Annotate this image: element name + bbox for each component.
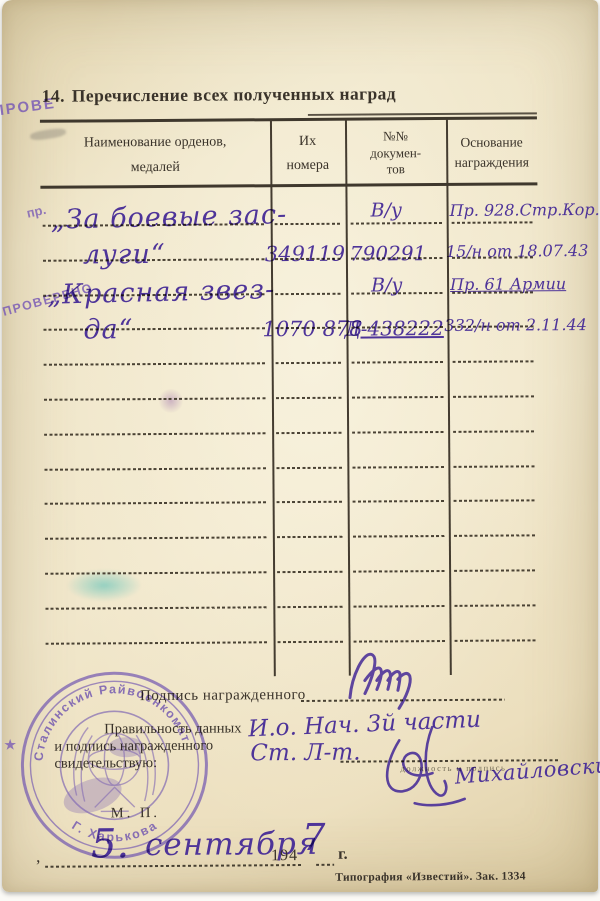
section-title: 14.Перечисление всех полученных наград <box>42 83 396 106</box>
entry2-basis-line1: Пр. 61 Армии <box>450 274 566 294</box>
entry2-doc-number: Д-438222 <box>344 316 444 341</box>
table-row <box>43 502 540 540</box>
printer-note: Типография «Известий». Зак. 1334 <box>335 870 526 883</box>
entry1-doc-number: 790291 <box>350 241 427 266</box>
entry1-basis-line1: Пр. 928.Стр.Кор. <box>450 200 600 220</box>
entry2-doc-prefix: В/у <box>371 274 403 296</box>
header-numbers: Их номера <box>270 122 345 187</box>
entry1-award-name-line1: „За боевые зас- <box>50 199 287 236</box>
entry1-award-name-line2: луги“ <box>83 239 166 271</box>
header-award-basis: Основание награждения <box>446 120 537 185</box>
header-doc-line2: докумен- <box>370 145 421 162</box>
date-line <box>45 864 301 868</box>
header-doc-line3: тов <box>387 162 405 179</box>
page-content: 14.Перечисление всех полученных наград Н… <box>0 0 600 901</box>
table-row <box>43 537 540 575</box>
table-row <box>42 363 539 401</box>
date-day-handwritten: 5. <box>91 821 129 867</box>
date-year-handwritten: 7 <box>302 816 326 859</box>
entry1-basis-line2: 15/н от 18.07.43 <box>446 241 589 261</box>
table-row <box>42 467 539 505</box>
date-leading-comma: , <box>36 847 40 867</box>
table-header-row: Наименование орденов, медалей Их номера … <box>40 120 537 187</box>
header-doc-line1: №№ <box>383 128 408 145</box>
date-line-2 <box>316 864 334 866</box>
entry2-basis-line2: 332/н от 2.11.44 <box>444 315 587 335</box>
header-award-name-line2: медалей <box>131 155 180 180</box>
seal-placeholder-label: М. П. <box>111 805 160 822</box>
header-numbers-line2: номера <box>286 154 329 178</box>
awardee-signature <box>340 635 441 711</box>
header-basis-line1: Основание <box>460 132 522 152</box>
table-row <box>42 432 539 470</box>
date-year-printed: 194 <box>271 847 298 865</box>
certifier-name-signature: Михайловский <box>454 752 600 789</box>
checked-stamp-top: ПРОВЕ <box>0 95 57 120</box>
header-basis-line2: награждения <box>455 152 529 173</box>
entry2-award-name-line2: да“ <box>83 314 133 345</box>
table-row <box>42 397 539 435</box>
table-top-rule-2 <box>308 112 537 116</box>
section-title-text: Перечисление всех полученных наград <box>72 83 396 105</box>
entry1-number: 349119 <box>265 242 345 267</box>
header-award-name: Наименование орденов, медалей <box>40 122 270 188</box>
table-row <box>43 571 540 609</box>
header-doc-numbers: №№ докумен- тов <box>345 121 446 186</box>
stamp-star-icon: ★ <box>4 737 16 753</box>
header-numbers-line1: Их <box>299 130 316 154</box>
header-award-name-line1: Наименование орденов, <box>84 130 227 156</box>
entry1-doc-prefix: В/у <box>371 199 403 221</box>
date-era-label: г. <box>338 846 348 864</box>
table-row <box>43 606 540 644</box>
